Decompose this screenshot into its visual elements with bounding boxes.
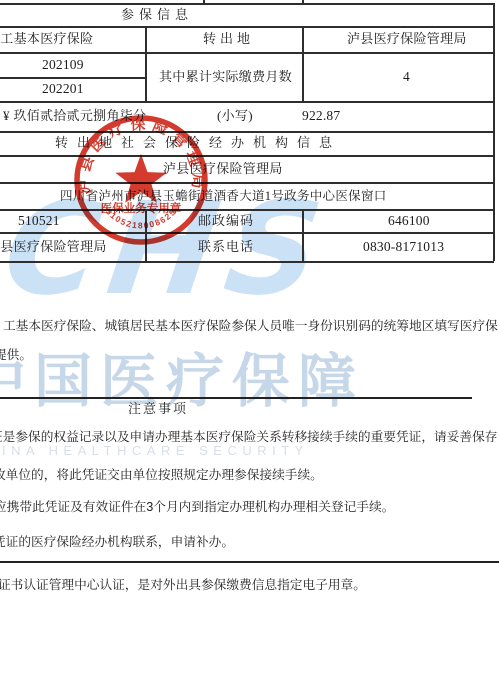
notes-separator	[0, 397, 472, 399]
footer-line: 证书认证管理中心认证，是对外出具参保缴费信息指定电子用章。	[0, 576, 366, 594]
note-item-1: 证是参保的权益记录以及申请办理基本医疗保险关系转移接续手续的重要凭证，请妥善保存	[0, 428, 498, 446]
notes-section: 工基本医疗保险、城镇居民基本医疗保险参保人员唯一身份识别码的统筹地区填写医疗保 …	[0, 0, 499, 682]
note-item-3: 应携带此凭证及有效证件在3个月内到指定办理机构办理相关登记手续。	[0, 498, 394, 516]
footer-separator	[0, 561, 499, 563]
paragraph-line-2: 提供。	[0, 346, 32, 364]
official-red-seal-icon: 泸县医疗保险管理局 医保业务专用章 5105218008625	[73, 111, 213, 248]
seal-star-icon	[115, 154, 166, 203]
insurance-transfer-document: CHS 中国医疗保障 INA HEALTHCARE SECURITY 参保信息 …	[0, 0, 499, 682]
note-item-2: 收单位的，将此凭证交由单位按照规定办理参保接续手续。	[0, 466, 323, 484]
note-item-4: 凭证的医疗保险经办机构联系，申请补办。	[0, 533, 234, 551]
notes-title: 注意事项	[128, 400, 188, 418]
paragraph-line-1: 工基本医疗保险、城镇居民基本医疗保险参保人员唯一身份识别码的统筹地区填写医疗保	[3, 317, 498, 335]
